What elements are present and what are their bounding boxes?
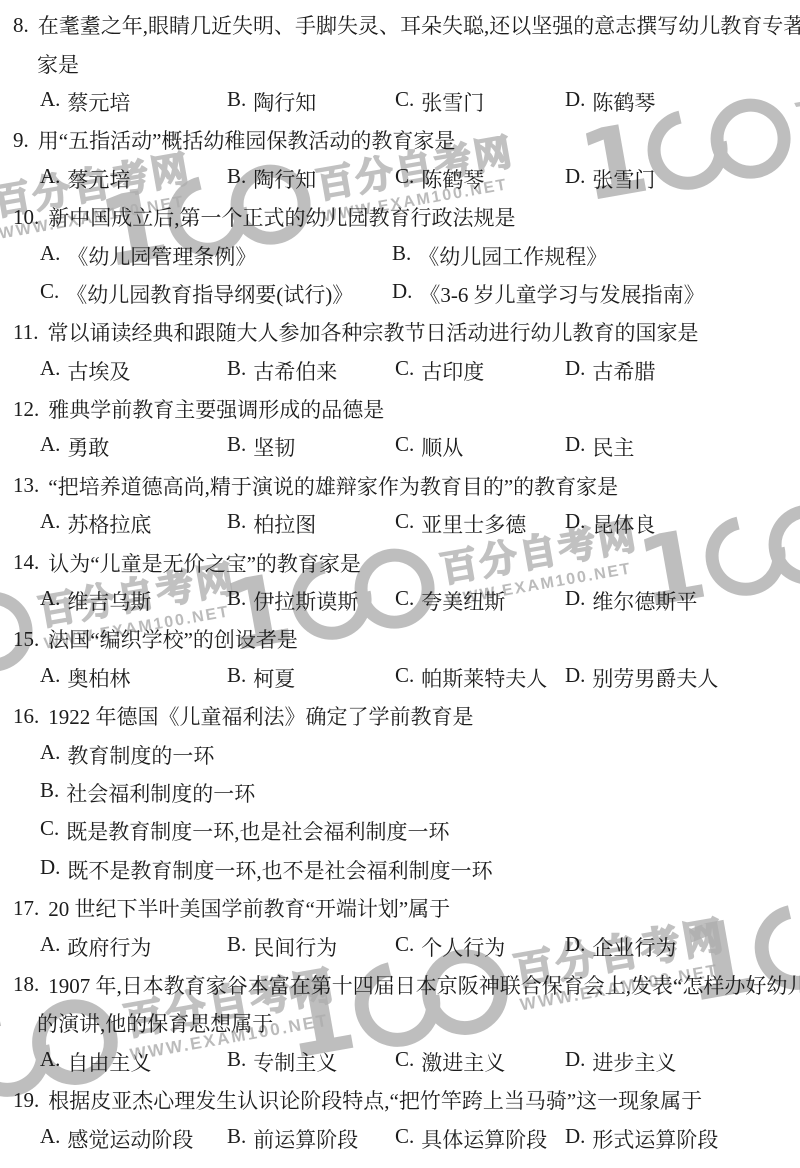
option-text: 古希伯来: [253, 356, 337, 386]
question-18: 18. 1907 年,日本教育家谷本富在第十四届日本京阪神联合保育会上,发表“怎…: [0, 966, 800, 1081]
option-D: D.古希腊: [565, 356, 655, 386]
option-text: 柯夏: [253, 663, 295, 693]
question-17: 17. 20 世纪下半叶美国学前教育“开端计划”属于 A.政府行为 B.民间行为…: [0, 889, 800, 966]
question-number: 10.: [13, 205, 39, 230]
option-text: 张雪门: [592, 164, 655, 194]
question-17-options: A.政府行为 B.民间行为 C.个人行为 D.企业行为: [0, 927, 800, 965]
option-text: 蔡元培: [67, 164, 130, 194]
option-text: 前运算阶段: [253, 1124, 358, 1154]
option-A: A.蔡元培: [40, 164, 227, 194]
question-18-stem: 18. 1907 年,日本教育家谷本富在第十四届日本京阪神联合保育会上,发表“怎…: [0, 966, 800, 1004]
question-8: 8. 在耄耋之年,眼睛几近失明、手脚失灵、耳朵失聪,还以坚强的意志撰写幼儿教育专…: [0, 6, 800, 121]
question-15-stem: 15. 法国“编织学校”的创设者是: [0, 620, 800, 658]
option-text: 进步主义: [592, 1047, 676, 1077]
option-A: A.自由主义: [40, 1047, 227, 1077]
option-B: B.民间行为: [227, 932, 395, 962]
question-stem-text: 在耄耋之年,眼睛几近失明、手脚失灵、耳朵失聪,还以坚强的意志撰写幼儿教育专著的教…: [38, 10, 800, 40]
option-text: 陶行知: [253, 87, 316, 117]
option-text: 坚韧: [253, 432, 295, 462]
question-16-option-A: A.教育制度的一环: [0, 735, 800, 773]
option-D: D.企业行为: [565, 932, 676, 962]
option-text: 亚里士多德: [421, 509, 526, 539]
exam-paper-page: 1 百分自考网WWW.EXAM100.NET 1 百分自考网WWW.EXAM10…: [0, 0, 800, 1168]
option-text: 激进主义: [421, 1047, 505, 1077]
question-number: 19.: [13, 1088, 39, 1113]
question-stem-text: 20 世纪下半叶美国学前教育“开端计划”属于: [48, 893, 450, 923]
question-stem-text: 雅典学前教育主要强调形成的品德是: [48, 394, 384, 424]
option-text: 民主: [592, 432, 634, 462]
option-text: 感觉运动阶段: [67, 1124, 193, 1154]
question-number: 17.: [13, 896, 39, 921]
question-19-options: A.感觉运动阶段 B.前运算阶段 C.具体运算阶段 D.形式运算阶段: [0, 1119, 800, 1157]
option-C: C.具体运算阶段: [395, 1124, 565, 1154]
option-text: 具体运算阶段: [421, 1124, 547, 1154]
option-text: 勇敢: [67, 432, 109, 462]
question-number: 15.: [13, 627, 39, 652]
option-D: D.别劳男爵夫人: [565, 663, 718, 693]
option-C: C.古印度: [395, 356, 565, 386]
question-12-options: A.勇敢 B.坚韧 C.顺从 D.民主: [0, 428, 800, 466]
option-text: 专制主义: [253, 1047, 337, 1077]
option-B: B.坚韧: [227, 432, 395, 462]
option-C: C.顺从: [395, 432, 565, 462]
option-text: 蔡元培: [67, 87, 130, 117]
option-text: 古印度: [421, 356, 484, 386]
question-stem-text: 新中国成立后,第一个正式的幼儿园教育行政法规是: [48, 202, 515, 232]
option-C: C.个人行为: [395, 932, 565, 962]
question-8-options: A.蔡元培 B.陶行知 C.张雪门 D.陈鹤琴: [0, 83, 800, 121]
question-10-options-row-1: A.《幼儿园管理条例》 B.《幼儿园工作规程》: [0, 236, 800, 274]
question-16: 16. 1922 年德国《儿童福利法》确定了学前教育是 A.教育制度的一环 B.…: [0, 697, 800, 889]
option-text: 古希腊: [592, 356, 655, 386]
option-text: 陶行知: [253, 164, 316, 194]
question-16-option-B: B.社会福利制度的一环: [0, 774, 800, 812]
option-B: B.《幼儿园工作规程》: [392, 241, 607, 271]
option-text: 陈鹤琴: [421, 164, 484, 194]
question-12-stem: 12. 雅典学前教育主要强调形成的品德是: [0, 390, 800, 428]
option-text: 夸美纽斯: [421, 586, 505, 616]
option-D: D.进步主义: [565, 1047, 676, 1077]
option-C: C.陈鹤琴: [395, 164, 565, 194]
question-16-option-D: D.既不是教育制度一环,也不是社会福利制度一环: [0, 851, 800, 889]
question-18-options: A.自由主义 B.专制主义 C.激进主义 D.进步主义: [0, 1043, 800, 1081]
option-text: 维吉乌斯: [67, 586, 151, 616]
question-17-stem: 17. 20 世纪下半叶美国学前教育“开端计划”属于: [0, 889, 800, 927]
question-stem-text: 根据皮亚杰心理发生认识论阶段特点,“把竹竿跨上当马骑”这一现象属于: [48, 1085, 702, 1115]
option-C: C.张雪门: [395, 87, 565, 117]
option-B: B.柏拉图: [227, 509, 395, 539]
option-A: A.维吉乌斯: [40, 586, 227, 616]
question-number: 8.: [13, 13, 29, 38]
option-D: D.维尔德斯平: [565, 586, 697, 616]
option-D: D.昆体良: [565, 509, 655, 539]
question-stem-text: 法国“编织学校”的创设者是: [48, 624, 298, 654]
option-A: A.古埃及: [40, 356, 227, 386]
option-text: 形式运算阶段: [592, 1124, 718, 1154]
question-15: 15. 法国“编织学校”的创设者是 A.奥柏林 B.柯夏 C.帕斯莱特夫人 D.…: [0, 620, 800, 697]
option-C: C.既是教育制度一环,也是社会福利制度一环: [40, 816, 450, 846]
question-8-stem: 8. 在耄耋之年,眼睛几近失明、手脚失灵、耳朵失聪,还以坚强的意志撰写幼儿教育专…: [0, 6, 800, 44]
question-number: 11.: [13, 320, 38, 345]
option-text: 个人行为: [421, 932, 505, 962]
option-B: B.专制主义: [227, 1047, 395, 1077]
question-19-stem: 19. 根据皮亚杰心理发生认识论阶段特点,“把竹竿跨上当马骑”这一现象属于: [0, 1081, 800, 1119]
option-text: 教育制度的一环: [67, 740, 214, 770]
question-16-option-C: C.既是教育制度一环,也是社会福利制度一环: [0, 812, 800, 850]
question-18-stem-continuation: 的演讲,他的保育思想属于: [0, 1004, 800, 1042]
option-text: 自由主义: [67, 1047, 151, 1077]
option-text: 帕斯莱特夫人: [421, 663, 547, 693]
question-stem-text: 用“五指活动”概括幼稚园保教活动的教育家是: [38, 125, 456, 155]
option-text: 别劳男爵夫人: [592, 663, 718, 693]
option-B: B.柯夏: [227, 663, 395, 693]
option-text: 伊拉斯谟斯: [253, 586, 358, 616]
option-text: 政府行为: [67, 932, 151, 962]
option-text: 社会福利制度的一环: [66, 778, 255, 808]
option-A: A.勇敢: [40, 432, 227, 462]
option-text: 维尔德斯平: [592, 586, 697, 616]
option-text: 《幼儿园教育指导纲要(试行)》: [66, 279, 353, 309]
question-8-stem-continuation: 家是: [0, 44, 800, 82]
question-14: 14. 认为“儿童是无价之宝”的教育家是 A.维吉乌斯 B.伊拉斯谟斯 C.夸美…: [0, 543, 800, 620]
option-text: 古埃及: [67, 356, 130, 386]
option-D: D.形式运算阶段: [565, 1124, 718, 1154]
question-10: 10. 新中国成立后,第一个正式的幼儿园教育行政法规是 A.《幼儿园管理条例》 …: [0, 198, 800, 313]
option-text: 昆体良: [592, 509, 655, 539]
option-A: A.感觉运动阶段: [40, 1124, 227, 1154]
question-16-stem: 16. 1922 年德国《儿童福利法》确定了学前教育是: [0, 697, 800, 735]
option-text: 奥柏林: [67, 663, 130, 693]
question-13-stem: 13. “把培养道德高尚,精于演说的雄辩家作为教育目的”的教育家是: [0, 467, 800, 505]
option-B: B.古希伯来: [227, 356, 395, 386]
question-11-options: A.古埃及 B.古希伯来 C.古印度 D.古希腊: [0, 352, 800, 390]
question-15-options: A.奥柏林 B.柯夏 C.帕斯莱特夫人 D.别劳男爵夫人: [0, 659, 800, 697]
question-9: 9. 用“五指活动”概括幼稚园保教活动的教育家是 A.蔡元培 B.陶行知 C.陈…: [0, 121, 800, 198]
option-A: A.苏格拉底: [40, 509, 227, 539]
question-number: 18.: [13, 972, 39, 997]
question-stem-text: 常以诵读经典和跟随大人参加各种宗教节日活动进行幼儿教育的国家是: [47, 317, 698, 347]
question-14-stem: 14. 认为“儿童是无价之宝”的教育家是: [0, 543, 800, 581]
option-text: 柏拉图: [253, 509, 316, 539]
option-text: 张雪门: [421, 87, 484, 117]
option-B: B.前运算阶段: [227, 1124, 395, 1154]
option-D: D.陈鹤琴: [565, 87, 655, 117]
option-text: 既是教育制度一环,也是社会福利制度一环: [66, 816, 449, 846]
question-list: 8. 在耄耋之年,眼睛几近失明、手脚失灵、耳朵失聪,还以坚强的意志撰写幼儿教育专…: [0, 0, 800, 1168]
question-13-options: A.苏格拉底 B.柏拉图 C.亚里士多德 D.昆体良: [0, 505, 800, 543]
option-text: 民间行为: [253, 932, 337, 962]
option-C: C.夸美纽斯: [395, 586, 565, 616]
question-number: 14.: [13, 550, 39, 575]
option-A: A.教育制度的一环: [40, 740, 214, 770]
question-14-options: A.维吉乌斯 B.伊拉斯谟斯 C.夸美纽斯 D.维尔德斯平: [0, 582, 800, 620]
option-C: C.亚里士多德: [395, 509, 565, 539]
option-text: 苏格拉底: [67, 509, 151, 539]
option-text: 《3-6 岁儿童学习与发展指南》: [419, 279, 704, 309]
question-number: 16.: [13, 704, 39, 729]
option-text: 《幼儿园工作规程》: [418, 241, 607, 271]
option-A: A.《幼儿园管理条例》: [40, 241, 392, 271]
question-number: 13.: [13, 473, 39, 498]
option-C: C.激进主义: [395, 1047, 565, 1077]
option-B: B.陶行知: [227, 164, 395, 194]
question-9-options: A.蔡元培 B.陶行知 C.陈鹤琴 D.张雪门: [0, 160, 800, 198]
option-B: B.陶行知: [227, 87, 395, 117]
question-stem-text: “把培养道德高尚,精于演说的雄辩家作为教育目的”的教育家是: [48, 471, 618, 501]
option-A: A.政府行为: [40, 932, 227, 962]
option-B: B.伊拉斯谟斯: [227, 586, 395, 616]
question-12: 12. 雅典学前教育主要强调形成的品德是 A.勇敢 B.坚韧 C.顺从 D.民主: [0, 390, 800, 467]
option-D: D.民主: [565, 432, 634, 462]
question-10-options-row-2: C.《幼儿园教育指导纲要(试行)》 D.《3-6 岁儿童学习与发展指南》: [0, 275, 800, 313]
option-D: D.张雪门: [565, 164, 655, 194]
option-A: A.奥柏林: [40, 663, 227, 693]
option-C: C.帕斯莱特夫人: [395, 663, 565, 693]
option-B: B.社会福利制度的一环: [40, 778, 255, 808]
question-11-stem: 11. 常以诵读经典和跟随大人参加各种宗教节日活动进行幼儿教育的国家是: [0, 313, 800, 351]
question-number: 9.: [13, 128, 29, 153]
option-text: 企业行为: [592, 932, 676, 962]
question-stem-text: 1907 年,日本教育家谷本富在第十四届日本京阪神联合保育会上,发表“怎样办好幼…: [48, 970, 800, 1000]
option-D: D.既不是教育制度一环,也不是社会福利制度一环: [40, 855, 493, 885]
option-text: 顺从: [421, 432, 463, 462]
question-11: 11. 常以诵读经典和跟随大人参加各种宗教节日活动进行幼儿教育的国家是 A.古埃…: [0, 313, 800, 390]
option-D: D.《3-6 岁儿童学习与发展指南》: [392, 279, 705, 309]
question-10-stem: 10. 新中国成立后,第一个正式的幼儿园教育行政法规是: [0, 198, 800, 236]
question-19: 19. 根据皮亚杰心理发生认识论阶段特点,“把竹竿跨上当马骑”这一现象属于 A.…: [0, 1081, 800, 1158]
question-13: 13. “把培养道德高尚,精于演说的雄辩家作为教育目的”的教育家是 A.苏格拉底…: [0, 467, 800, 544]
option-text: 《幼儿园管理条例》: [67, 241, 256, 271]
option-text: 陈鹤琴: [592, 87, 655, 117]
question-9-stem: 9. 用“五指活动”概括幼稚园保教活动的教育家是: [0, 121, 800, 159]
option-text: 既不是教育制度一环,也不是社会福利制度一环: [67, 855, 492, 885]
question-number: 12.: [13, 397, 39, 422]
option-A: A.蔡元培: [40, 87, 227, 117]
option-C: C.《幼儿园教育指导纲要(试行)》: [40, 279, 392, 309]
question-stem-text: 认为“儿童是无价之宝”的教育家是: [48, 548, 361, 578]
question-stem-text: 1922 年德国《儿童福利法》确定了学前教育是: [48, 701, 473, 731]
